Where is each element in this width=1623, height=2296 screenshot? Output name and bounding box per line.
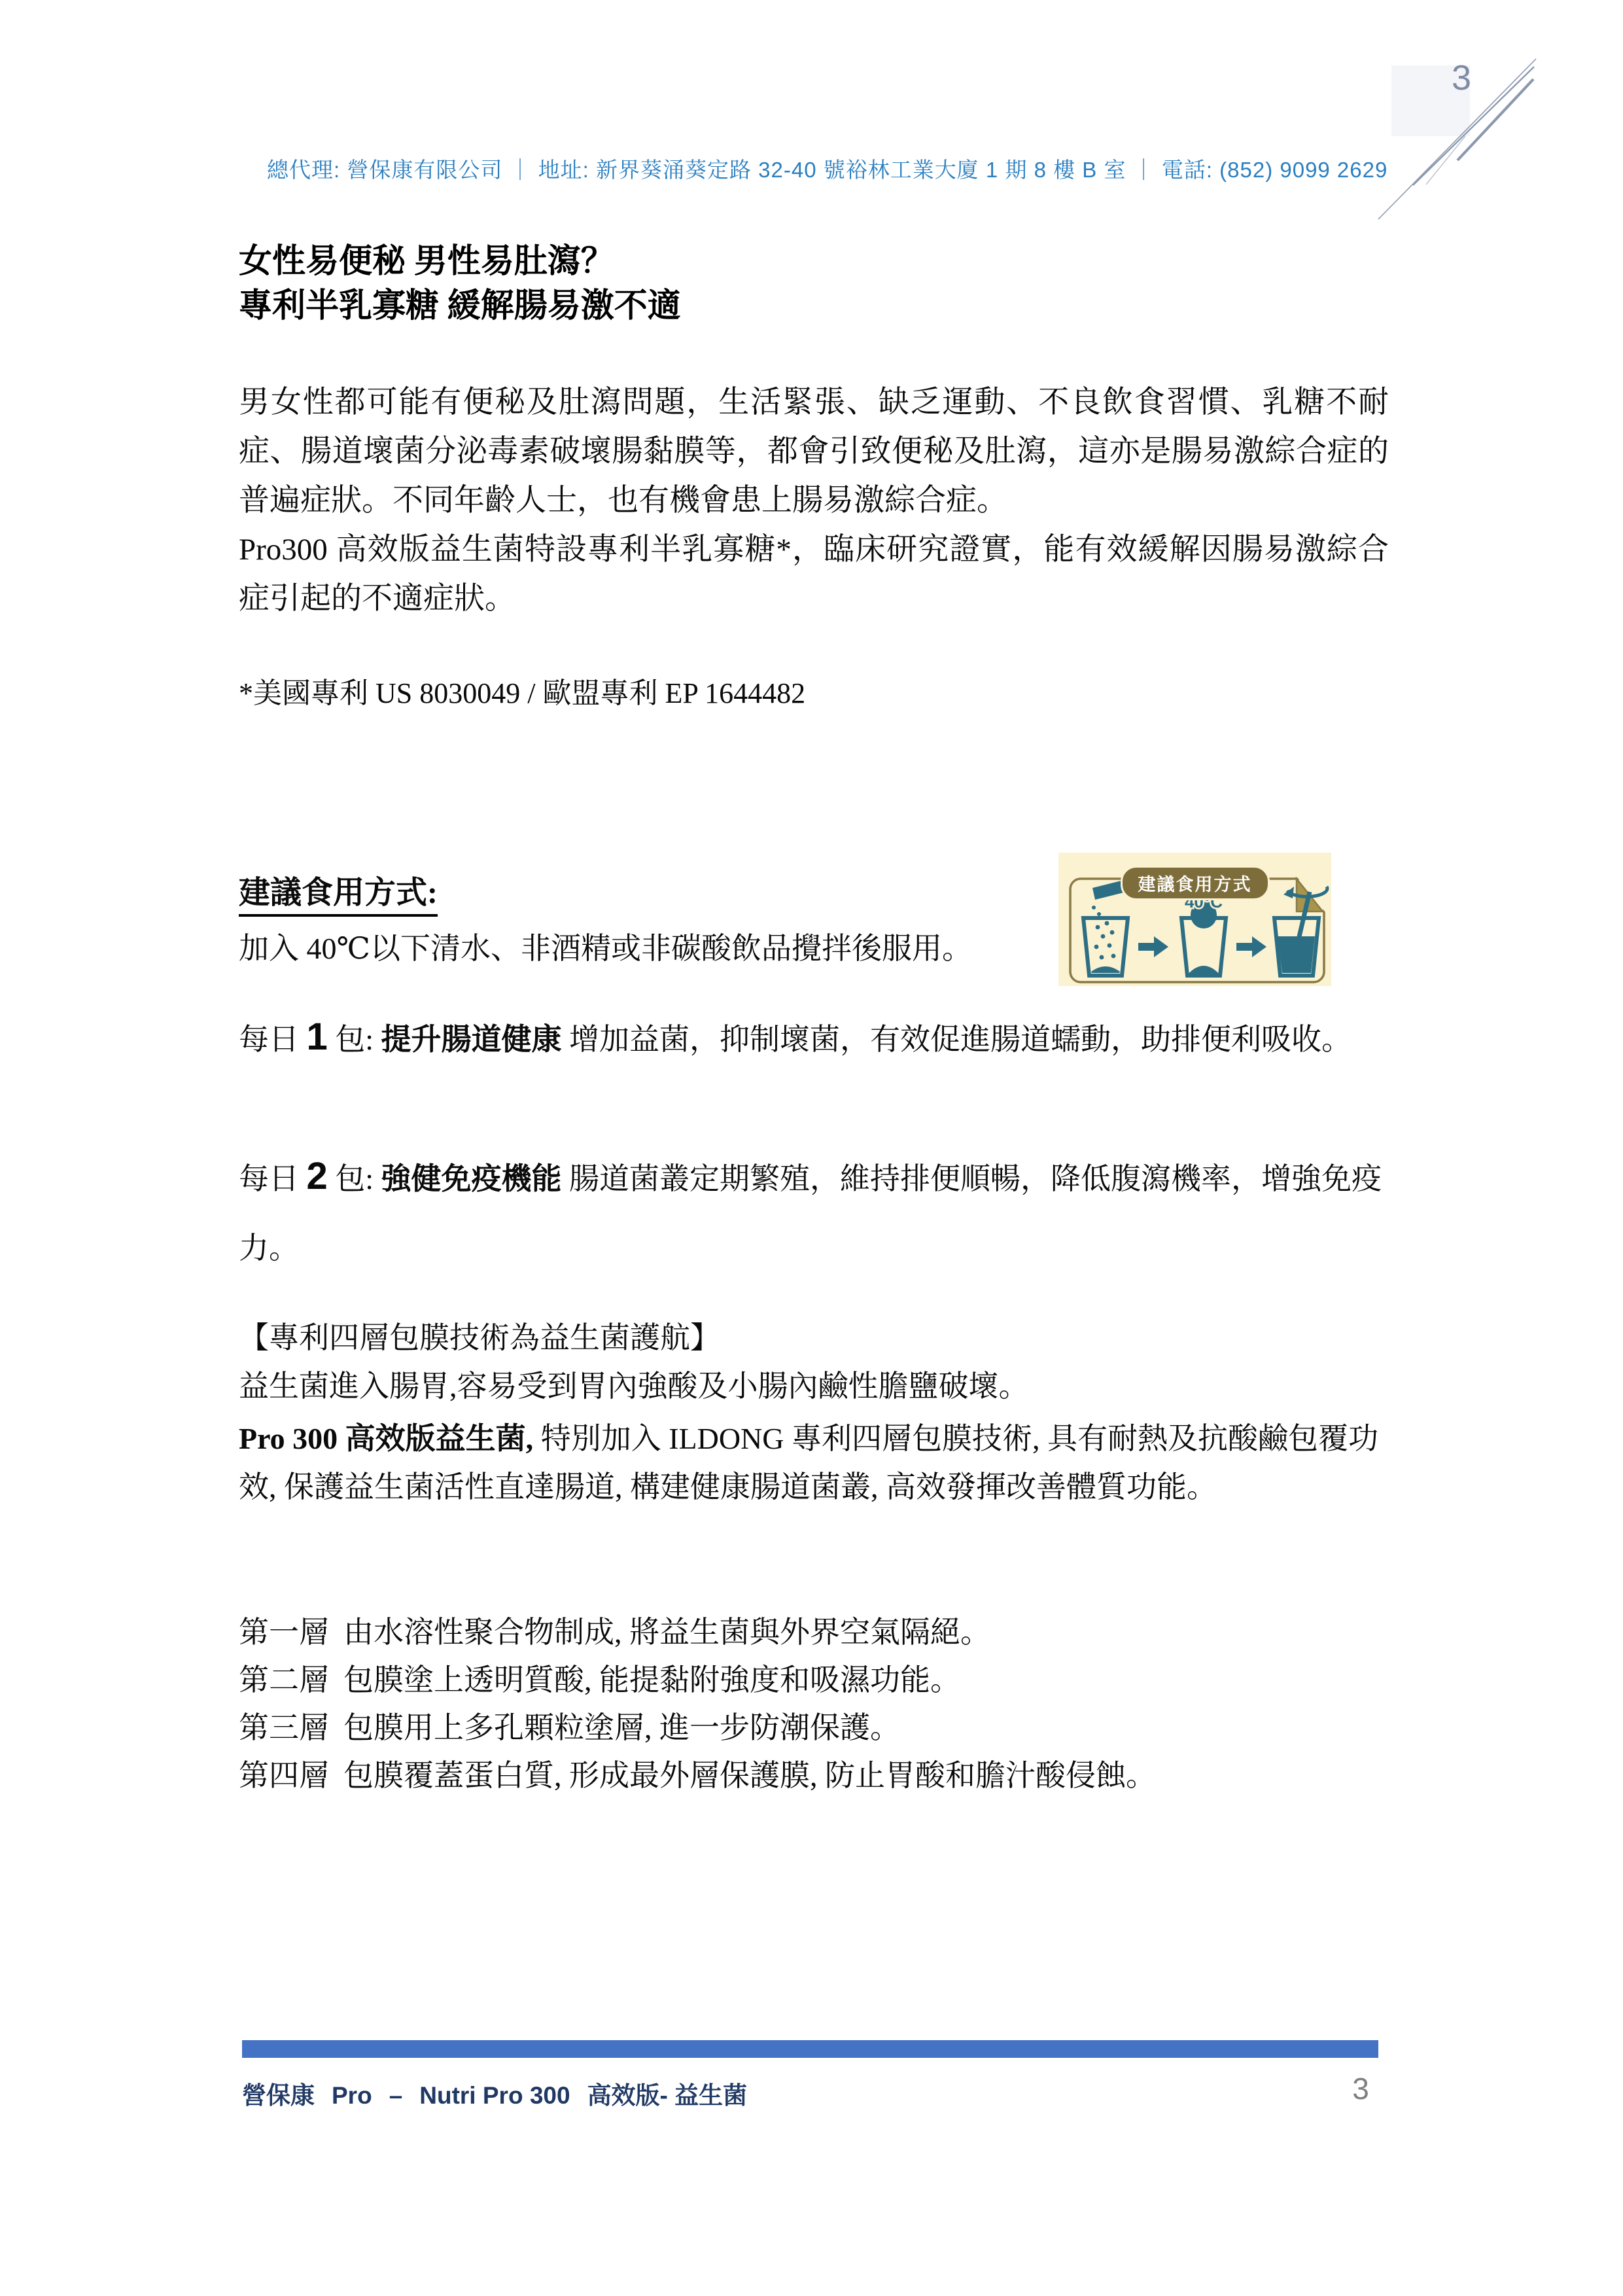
footer-brand-cn: 營保康 [242,2075,315,2111]
coating-body: Pro 300 高效版益生菌, 特別加入 ILDONG 專利四層包膜技術, 具有… [239,1415,1391,1511]
dose-2-benefit: 強健免疫機能 [381,1162,562,1195]
footer-brand-pro: Pro [332,2082,372,2110]
layer-item-2: 第二層包膜塗上透明質酸, 能提黏附強度和吸濕功能。 [239,1656,1391,1704]
layer-item-3: 第三層包膜用上多孔顆粒塗層, 進一步防潮保護。 [239,1704,1391,1752]
daily-dose-1: 每日 1 包: 提升腸道健康 增加益菌，抑制壞菌，有效促進腸道蠕動，助排便利吸收… [239,1006,1391,1070]
footer-product-line: 營保康 Pro – Nutri Pro 300 高效版- 益生菌 [242,2075,747,2111]
document-page: 總代理: 營保康有限公司 ｜ 地址: 新界葵涌葵定路 32-40 號裕林工業大廈… [0,0,1623,2296]
intro-section: 男女性都可能有便秘及肚瀉問題，生活緊張、缺乏運動、不良飲食習慣、乳糖不耐症、腸道… [239,378,1389,624]
usage-card-badge: 建議食用方式 [1121,866,1270,900]
usage-illustration-card: 40°C 建議食用方式 [1058,853,1331,986]
corner-diagonal-lines-decor [1361,46,1570,255]
footer-product-en: Nutri Pro 300 [419,2082,570,2110]
page-title: 女性易便秘 男性易肚瀉？ 專利半乳寡糖 緩解腸易激不適 [239,239,1390,328]
coating-heading: 【專利四層包膜技術為益生菌護航】 [239,1314,1391,1362]
dose-1-benefit: 提升腸道健康 [381,1023,562,1056]
coating-section: 【專利四層包膜技術為益生菌護航】 益生菌進入腸胃,容易受到胃內強酸及小腸內鹼性膽… [239,1314,1391,1511]
header-contact-line: 總代理: 營保康有限公司 ｜ 地址: 新界葵涌葵定路 32-40 號裕林工業大廈… [267,157,1392,183]
pour-powder-icon [1083,880,1128,976]
footer-accent-bar [242,2040,1378,2058]
dose-count-1: 1 [307,1016,328,1058]
usage-heading: 建議食用方式: [239,874,438,912]
usage-instruction: 加入 40℃以下清水、非酒精或非碳酸飲品攪拌後服用。 [239,928,1056,970]
coating-product-name: Pro 300 高效版益生菌, [239,1422,533,1455]
coating-intro: 益生菌進入腸胃,容易受到胃內強酸及小腸內鹼性膽鹽破壞。 [239,1362,1391,1411]
arrow-icon [1236,936,1266,957]
footer-page-number: 3 [1341,2071,1380,2106]
intro-paragraph-1: 男女性都可能有便秘及肚瀉問題，生活緊張、缺乏運動、不良飲食習慣、乳糖不耐症、腸道… [239,378,1389,525]
patent-note: *美國專利 US 8030049 / 歐盟專利 EP 1644482 [239,674,1351,713]
layer-item-4: 第四層包膜覆蓋蛋白質, 形成最外層保護膜, 防止胃酸和膽汁酸侵蝕。 [239,1752,1391,1799]
footer-product-cn: 高效版- 益生菌 [587,2075,748,2111]
layer-item-1: 第一層由水溶性聚合物制成, 將益生菌與外界空氣隔絕。 [239,1608,1391,1656]
dose-count-2: 2 [307,1155,328,1197]
arrow-icon [1138,936,1168,957]
daily-dose-2: 每日 2 包: 強健免疫機能 腸道菌叢定期繁殖，維持排便順暢，降低腹瀉機率，增強… [239,1142,1391,1283]
layers-list: 第一層由水溶性聚合物制成, 將益生菌與外界空氣隔絕。 第二層包膜塗上透明質酸, … [239,1608,1391,1799]
intro-paragraph-2: Pro300 高效版益生菌特設專利半乳寡糖*，臨床研究證實，能有效緩解因腸易激綜… [239,525,1389,624]
page-title-line2: 專利半乳寡糖 緩解腸易激不適 [239,284,1390,328]
page-title-line1: 女性易便秘 男性易肚瀉？ [239,239,1390,284]
footer-dash: – [389,2082,403,2110]
